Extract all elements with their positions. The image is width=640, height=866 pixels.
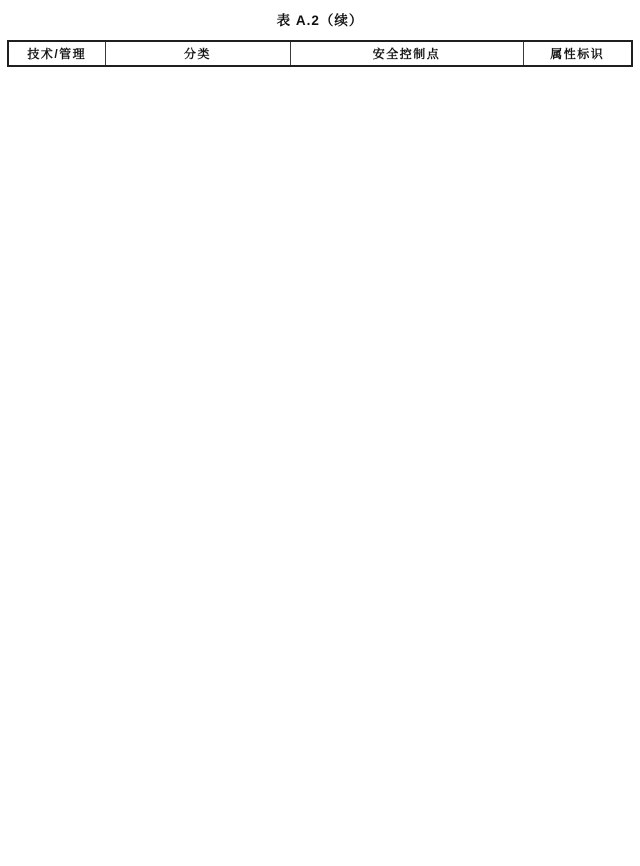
column-header-2: 分类 bbox=[105, 41, 290, 66]
column-header-4: 属性标识 bbox=[523, 41, 632, 66]
column-header-1: 技术/管理 bbox=[8, 41, 105, 66]
table-header: 技术/管理分类安全控制点属性标识 bbox=[8, 41, 632, 66]
security-controls-table: 技术/管理分类安全控制点属性标识 bbox=[7, 40, 633, 67]
column-header-3: 安全控制点 bbox=[290, 41, 523, 66]
table-caption: 表 A.2（续） bbox=[0, 0, 640, 29]
header-row: 技术/管理分类安全控制点属性标识 bbox=[8, 41, 632, 66]
document-page: 表 A.2（续） 技术/管理分类安全控制点属性标识 bbox=[0, 0, 640, 866]
